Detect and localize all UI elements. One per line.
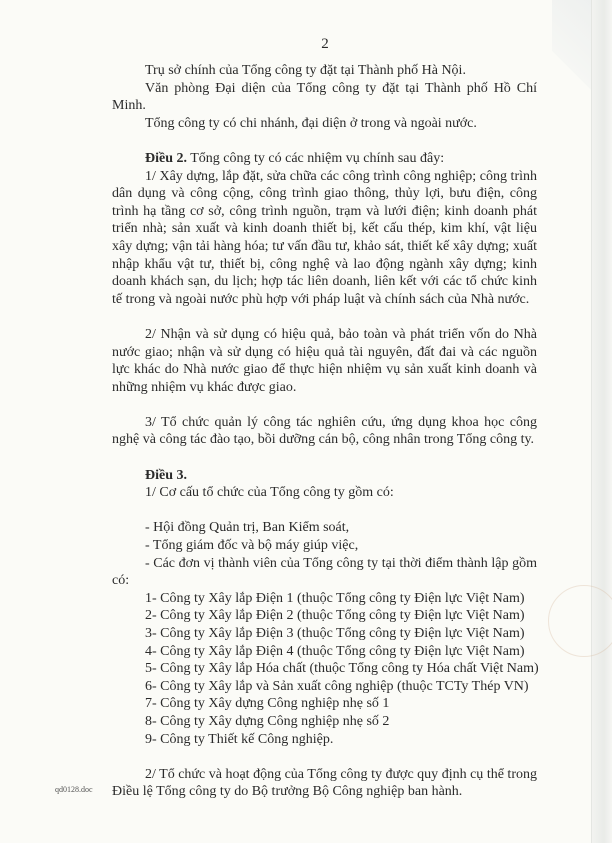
faint-seal-stamp	[548, 585, 612, 657]
page-fold-shadow	[552, 0, 592, 110]
intro-branches: Tổng công ty có chi nhánh, đại diện ở tr…	[112, 115, 537, 133]
member-company: 6- Công ty Xây lắp và Sản xuất công nghi…	[112, 678, 537, 696]
article-3-sub-2: 2/ Tổ chức và hoạt động của Tổng công ty…	[112, 766, 537, 801]
article-2-label: Điều 2.	[145, 151, 187, 166]
footer-filename: qd0128.doc	[55, 785, 93, 794]
article-2-text: Tổng công ty có các nhiệm vụ chính sau đ…	[187, 151, 444, 166]
intro-headquarters: Trụ sở chính của Tổng công ty đặt tại Th…	[112, 62, 537, 80]
member-company: 3- Công ty Xây lắp Điện 3 (thuộc Tổng cô…	[112, 625, 537, 643]
page-number: 2	[0, 36, 612, 53]
article-3-heading: Điều 3.	[112, 467, 537, 485]
article-3-sub-1: 1/ Cơ cấu tổ chức của Tổng công ty gồm c…	[112, 484, 537, 502]
member-company: 9- Công ty Thiết kế Công nghiệp.	[112, 731, 537, 749]
scan-page-edge	[591, 0, 612, 843]
member-company: 5- Công ty Xây lắp Hóa chất (thuộc Tổng …	[112, 660, 537, 678]
article-2-item-3: 3/ Tổ chức quản lý công tác nghiên cứu, …	[112, 414, 537, 449]
article-2-item-2: 2/ Nhận và sử dụng có hiệu quả, bảo toàn…	[112, 326, 537, 396]
article-2-heading: Điều 2. Tổng công ty có các nhiệm vụ chí…	[112, 150, 537, 168]
document-body: Trụ sở chính của Tổng công ty đặt tại Th…	[112, 62, 537, 801]
structure-board: - Hội đồng Quản trị, Ban Kiểm soát,	[112, 519, 537, 537]
structure-director: - Tổng giám đốc và bộ máy giúp việc,	[112, 537, 537, 555]
structure-members: - Các đơn vị thành viên của Tổng công ty…	[112, 555, 537, 590]
intro-representative-office: Văn phòng Đại diện của Tổng công ty đặt …	[112, 80, 537, 115]
article-2-item-1: 1/ Xây dựng, lắp đặt, sửa chữa các công …	[112, 168, 537, 309]
member-company: 7- Công ty Xây dựng Công nghiệp nhẹ số 1	[112, 695, 537, 713]
member-company: 8- Công ty Xây dựng Công nghiệp nhẹ số 2	[112, 713, 537, 731]
member-company: 4- Công ty Xây lắp Điện 4 (thuộc Tổng cô…	[112, 643, 537, 661]
member-company: 1- Công ty Xây lắp Điện 1 (thuộc Tổng cô…	[112, 590, 537, 608]
member-company: 2- Công ty Xây lắp Điện 2 (thuộc Tổng cô…	[112, 607, 537, 625]
